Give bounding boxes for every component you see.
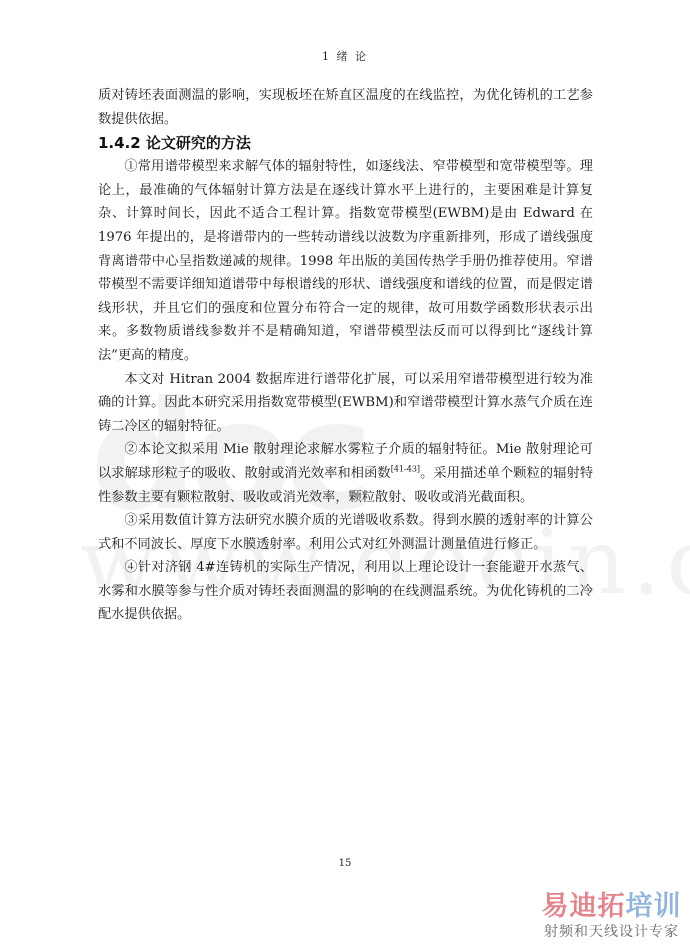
page-number: 15: [0, 858, 690, 869]
running-header: 1 绪 论: [0, 48, 690, 64]
paragraph-2: 本文对 Hitran 2004 数据库进行谱带化扩展，可以采用窄谱带模型进行较为…: [98, 368, 593, 439]
paragraph-3: ②本论文拟采用 Mie 散射理论求解水雾粒子介质的辐射特征。Mie 散射理论可以…: [98, 438, 593, 509]
intro-continuation: 质对铸坯表面测温的影响，实现板坯在矫直区温度的在线监控，为优化铸机的工艺参数提供…: [98, 84, 593, 131]
logo-title: 易迪拓培训: [533, 892, 690, 922]
paragraph-5: ④针对济钢 4#连铸机的实际生产情况，利用以上理论设计一套能避开水蒸气、水雾和水…: [98, 556, 593, 627]
logo-title-red: 易迪拓: [542, 891, 626, 922]
paragraph-1: ①常用谱带模型来求解气体的辐射特性，如逐线法、窄带模型和宽带模型等。理论上，最准…: [98, 155, 593, 367]
page-body: 质对铸坯表面测温的影响，实现板坯在矫直区温度的在线监控，为优化铸机的工艺参数提供…: [98, 84, 593, 627]
eda-training-logo: 易迪拓培训 射频和天线设计专家: [533, 892, 690, 942]
section-heading: 1.4.2 论文研究的方法: [98, 131, 593, 155]
citation: [41-43]: [391, 465, 420, 474]
logo-subtitle: 射频和天线设计专家: [533, 922, 690, 942]
logo-title-blue: 培训: [626, 891, 682, 922]
paragraph-4: ③采用数值计算方法研究水膜介质的光谱吸收系数。得到水膜的透射率的计算公式和不同波…: [98, 509, 593, 556]
